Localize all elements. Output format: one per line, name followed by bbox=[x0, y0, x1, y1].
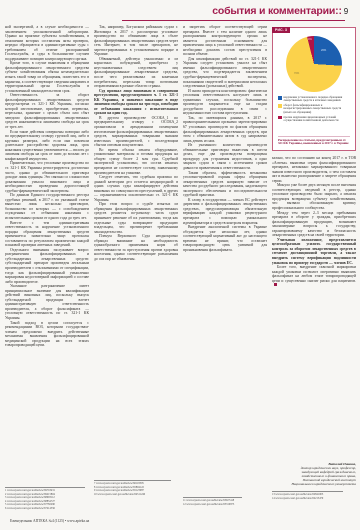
paragraph: Вместе с тем административная ответствен… bbox=[5, 221, 89, 248]
figure-caption: Распределение по статьям, предусмотренны… bbox=[278, 136, 350, 146]
paragraph: Внедрение аналогичной системы в Украине … bbox=[183, 225, 267, 252]
header-divider bbox=[122, 20, 345, 21]
legend-item: нарушение установленного порядка обращен… bbox=[278, 96, 350, 103]
figure-badge: РИС. 3 bbox=[272, 27, 290, 33]
column-1: ной экспертизой, а в случае необходимост… bbox=[5, 25, 89, 510]
paragraph: казано, что по состоянию на конец 2017 г… bbox=[272, 156, 356, 183]
pie-chart: 26% 70% 4% bbox=[286, 36, 342, 92]
chart-legend: нарушение установленного порядка обращен… bbox=[278, 96, 350, 124]
paragraph: Во время обыска изъяты оборудование, упа… bbox=[94, 148, 178, 175]
legend-swatch bbox=[278, 104, 282, 108]
paragraph: Если такие действия совершены повторно л… bbox=[5, 130, 89, 162]
paragraph: Так, по имеющимся данным, в 2017 г. прав… bbox=[183, 116, 267, 143]
footnote-item: 14 www.reyestr.court.gov.ua/Review/62215… bbox=[272, 497, 343, 501]
paragraph: Такой подход в целом согласуется с реком… bbox=[5, 321, 89, 348]
footnote-item: 12 www.reyestr.court.gov.ua/Review/63310… bbox=[183, 503, 242, 507]
paragraph: Ответственность за оборот фальсифицирова… bbox=[5, 93, 89, 129]
paragraph: Примечательно, что уголовные производств… bbox=[5, 161, 89, 193]
paragraph: Таким образом, эффективность механизма у… bbox=[183, 171, 267, 198]
legend-swatch bbox=[278, 96, 282, 100]
paragraph: Так, например, Богунским районным судом … bbox=[94, 25, 178, 57]
paragraph: Минуло уже более двух месяцев после внес… bbox=[272, 183, 356, 210]
column-1-text: ной экспертизой, а в случае необходимост… bbox=[5, 25, 89, 485]
paragraph: Для квалификации действий по ст. 321-1 К… bbox=[183, 57, 267, 89]
paragraph: Из указанного количества производств обв… bbox=[183, 143, 267, 170]
article-columns: ной экспертизой, а в случае необходимост… bbox=[5, 25, 356, 510]
footer-text: Еженедельник АПТЕКА №4 (1125) • www.apte… bbox=[10, 519, 89, 523]
column-4-paragraphs: казано, что по состоянию на конец 2017 г… bbox=[272, 156, 356, 265]
legend-item: прочие нарушения лицензионных условий ос… bbox=[278, 116, 350, 123]
pie-slice-label: 4% bbox=[308, 38, 312, 41]
paragraph: и запретить оборот соответствующей серии… bbox=[183, 25, 267, 57]
paragraph: Кроме того, в случае выявления в обращен… bbox=[5, 61, 89, 93]
paragraph: Учитывая изложенное, представляется целе… bbox=[272, 238, 356, 265]
magazine-page: события и комментарии::9 ной экспертизой… bbox=[0, 0, 360, 530]
legend-label: оборот фальсифицированных и незарегистри… bbox=[284, 104, 351, 114]
column-3-footnotes: 11 www.reyestr.court.gov.ua/Review/63927… bbox=[183, 497, 242, 507]
paragraph: Следует отметить, что судебная практика … bbox=[94, 175, 178, 202]
legend-item: оборот фальсифицированных и незарегистри… bbox=[278, 104, 350, 114]
author-signature: Виталий Пашков,доктор юридических наук, … bbox=[272, 462, 356, 487]
footnote-item: 6 www.reyestr.court.gov.ua/Review/672145… bbox=[5, 507, 85, 511]
column-3: и запретить оборот соответствующей серии… bbox=[183, 25, 267, 510]
paragraph: В другом производстве ОСОБА_1 по предвар… bbox=[94, 116, 178, 148]
paragraph: Отдельного внимания заслуживает вопрос р… bbox=[5, 248, 89, 284]
figure-box: РИС. 3 26% 70% 4% нарушение установленно… bbox=[272, 27, 356, 151]
paragraph: Суд признал лицо виновным в совершении п… bbox=[94, 89, 178, 116]
page-title-light: события bbox=[212, 5, 256, 17]
pie-slice-label: 26% bbox=[321, 49, 326, 52]
column-2: Так, например, Богунским районным судом … bbox=[94, 25, 178, 510]
paragraph: ной экспертизой, а в случае необходимост… bbox=[5, 25, 89, 61]
column-4-text: казано, что по состоянию на конец 2017 г… bbox=[272, 156, 356, 459]
paragraph: Указанное разграничение имеет принципиал… bbox=[5, 284, 89, 320]
paragraph: Между тем через 2–3 месяца пребывания пр… bbox=[272, 211, 356, 238]
paragraph: При этом вопрос о судьбе изъятых из обра… bbox=[94, 202, 178, 234]
paragraph: Пленум Верховного Суда неоднократно обра… bbox=[94, 234, 178, 261]
paragraph: По данным Единого государственного реест… bbox=[5, 193, 89, 220]
page-title: события и комментарии::9 bbox=[212, 5, 348, 17]
column-1-footnotes: 1 www.reyestr.court.gov.ua/Review/697184… bbox=[5, 487, 85, 511]
legend-swatch bbox=[278, 116, 282, 120]
column-2-footnotes: 7 www.reyestr.court.gov.ua/Review/661183… bbox=[94, 480, 171, 497]
last-paragraph: Более того, внедрение сквозной маркировк… bbox=[272, 265, 356, 288]
footnote-item: 10 www.reyestr.court.gov.ua/Review/64511… bbox=[94, 493, 171, 497]
column-4-footnotes: 13 www.reyestr.court.gov.ua/Review/62841… bbox=[272, 491, 343, 501]
end-of-article-marker bbox=[274, 283, 277, 286]
footnote-item: 11 www.reyestr.court.gov.ua/Review/63927… bbox=[183, 499, 242, 503]
legend-label: нарушение установленного порядка обращен… bbox=[284, 96, 351, 103]
signature-line: Национального юридического университета bbox=[272, 482, 356, 486]
legend-label: прочие нарушения лицензионных условий ос… bbox=[284, 116, 351, 123]
column-4: РИС. 3 26% 70% 4% нарушение установленно… bbox=[272, 25, 356, 510]
column-2-text: Так, например, Богунским районным судом … bbox=[94, 25, 178, 478]
page-title-bold: и комментарии:: bbox=[256, 5, 342, 17]
page-number: 9 bbox=[344, 7, 348, 16]
last-paragraph-text: Более того, внедрение сквозной маркировк… bbox=[272, 265, 356, 283]
paragraph: К слову, в государствах — членах ЕС дейс… bbox=[183, 198, 267, 225]
paragraph: И снова приходится констатировать: факти… bbox=[183, 89, 267, 116]
pie-slice-label: 70% bbox=[294, 72, 299, 75]
column-3-text: и запретить оборот соответствующей серии… bbox=[183, 25, 267, 495]
paragraph: Обвиняемый, действуя умышленно и из коры… bbox=[94, 57, 178, 89]
